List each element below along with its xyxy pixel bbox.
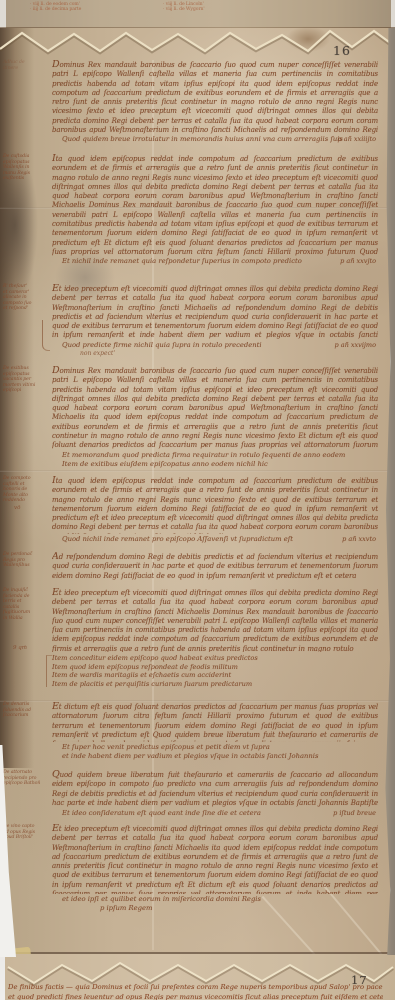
per-regem-tag: p ipſum Regem — [100, 904, 153, 912]
closing-line: et ideo ipſi et quilibet eorum in miſeri… — [62, 895, 261, 903]
closing-line: Et ſuper hoc venit predictus epiſcopus e… — [62, 743, 270, 751]
entry-paragraph-4: De exitibus epiſcopatus vacantis per mor… — [52, 366, 378, 469]
margin-note: De exitibus epiſcopatus vacantis per mor… — [3, 366, 49, 394]
entry-text: Dominus Rex mandauit baronibus de ſcacca… — [52, 60, 378, 134]
closing-line-2: Item de exitibus eiuſdem epiſcopatus ann… — [62, 460, 268, 468]
left-edge-stain — [0, 28, 34, 768]
next-membrane-text-line: De finibus factis — quia Dominus et ſoci… — [8, 983, 383, 993]
entry-paragraph-1: Adhuc de itinere Dominus Rex mandauit ba… — [52, 60, 378, 144]
manuscript-scan: · iiij li. de quodam ſubſid' · viij li. … — [0, 0, 395, 1000]
year-tag: p añ xxvijmo — [334, 341, 376, 350]
entry-paragraph-7: De inquiſic̃ facienda de terris et catal… — [52, 588, 378, 688]
writ-tag: p iſtud breue — [333, 809, 376, 818]
entry-text: Quod quidem breue liberatum fuit theſaur… — [52, 770, 378, 808]
sub-item: Item conceditur eidem epiſcopo quod habe… — [52, 654, 297, 663]
stub-red-entries-right: · viij li. de ſubuencione · viij li. de … — [163, 0, 214, 13]
closing-line: Et nichil inde remanet quia reſpondetur … — [62, 257, 302, 265]
margin-brace — [42, 320, 50, 351]
entry-text: Dominus Rex mandauit baronibus de ſcacca… — [52, 366, 378, 450]
entry-text: Et ideo preceptum eſt vicecomiti quod di… — [52, 284, 378, 340]
margin-note: De compoto caſtelli et honoris de Monte … — [3, 476, 49, 504]
entry-text: Et ideo preceptum eſt vicecomiti quod di… — [52, 824, 378, 894]
entry-paragraph-3: R' theſaur' et camerar' allocate in comp… — [52, 284, 378, 357]
entry-paragraph-6: De perdonac̃ Regis pro Wallenſibus Ad re… — [52, 552, 378, 580]
margin-note: De denariis ſoluendis ad ſcaccarium — [3, 702, 49, 719]
stub-red-entries-left: · iiij li. de quodam ſubſid' · viij li. … — [30, 0, 86, 13]
entry-text: Et ideo preceptum eſt vicecomiti quod di… — [52, 588, 378, 652]
entry-text: Ita quod idem epiſcopus reddat inde comp… — [52, 154, 378, 256]
entry-paragraph-5: De compoto caſtelli et honoris de Monte … — [52, 476, 378, 544]
margin-note: De vino capto ad opus Regis apud Briſtol… — [3, 824, 49, 841]
marginal-annotation: non expect' — [80, 350, 378, 357]
margin-mark: 9 qm̃ — [13, 645, 27, 651]
margin-note: R' theſaur' et camerar' allocate in comp… — [3, 284, 49, 312]
closing-line: Et ideo conſideratum eſt quod eant inde … — [62, 809, 261, 817]
margin-note: De cuſtodia epiſcopatus Wallenſis in man… — [3, 154, 49, 182]
next-membrane-text-line: et quod predicti fines leuentur ad opus … — [8, 993, 383, 1000]
entry-paragraph-8: De denariis ſoluendis ad ſcaccarium Et d… — [52, 702, 378, 761]
closing-line: Quod quidem breue irrotulatur in memoran… — [62, 135, 343, 143]
closing-line: Quod nichil inde remanet pro epiſcopo Aſ… — [62, 535, 293, 543]
year-tag: p añ xxvto — [342, 535, 376, 544]
closing-line: Et memorandum quod predicta firma requir… — [62, 451, 345, 459]
sub-item-brace — [46, 655, 52, 687]
margin-note: De attornato recipiendo pro epiſcopo Bat… — [3, 770, 49, 787]
sub-item-list: Item conceditur eidem epiſcopo quod habe… — [52, 654, 297, 688]
entry-paragraph-10: De vino capto ad opus Regis apud Briſtol… — [52, 824, 378, 913]
entry-paragraph-9: De attornato recipiendo pro epiſcopo Bat… — [52, 770, 378, 818]
closing-line: Quod predicte firme nichil quia ſupra in… — [62, 341, 262, 349]
horizontal-crease — [0, 470, 389, 472]
year-tag: p añ xxiiijto — [338, 135, 376, 144]
entry-text: Et dictum eſt eis quod ſoluant denarios … — [52, 702, 378, 742]
sub-item: Item de placitis et perquiſitis curiarum… — [52, 680, 297, 689]
margin-mark: vō — [14, 505, 20, 511]
year-tag: p añ xxvjto — [340, 257, 376, 266]
entry-text: Ad reſpondendum domino Regi de debitis p… — [52, 552, 378, 580]
membrane-number-16: 16 — [333, 43, 351, 58]
closing-line-2: et inde habent diem per vadium et plegio… — [62, 752, 318, 760]
margin-note: De perdonac̃ Regis pro Wallenſibus — [3, 552, 49, 569]
sub-item: Item de wardis maritagiis et eſchaetis c… — [52, 671, 297, 680]
margin-note: Adhuc de itinere — [3, 60, 49, 71]
previous-membrane-stub: · iiij li. de quodam ſubſid' · viij li. … — [6, 0, 391, 29]
sub-item: Item quod idem epiſcopus reſpondeat de f… — [52, 663, 297, 672]
entry-paragraph-2: De cuſtodia epiſcopatus Wallenſis in man… — [52, 154, 378, 266]
margin-note: De inquiſic̃ facienda de terris et catal… — [3, 588, 49, 622]
entry-text: Ita quod idem epiſcopus reddat inde comp… — [52, 476, 378, 534]
